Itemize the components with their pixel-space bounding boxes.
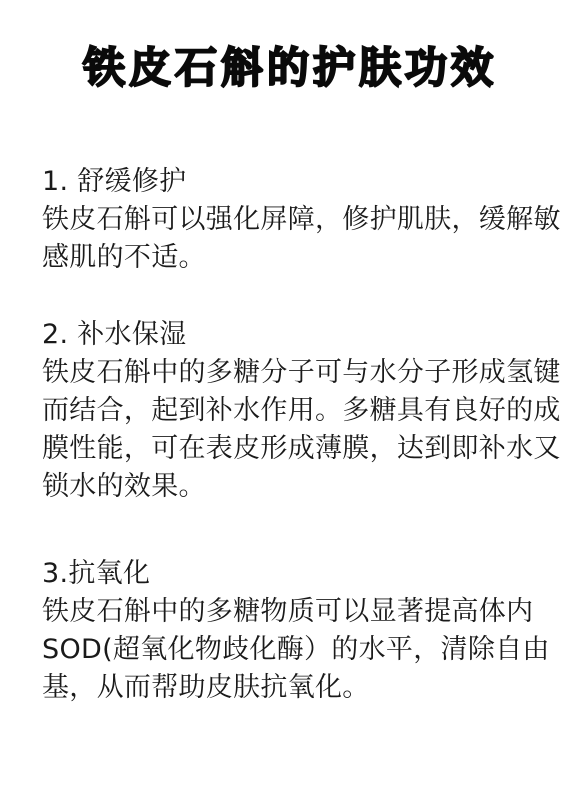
section-hydration: 2. 补水保湿 铁皮石斛中的多糖分子可与水分子形成氢键 而结合，起到补水作用。多…: [42, 316, 552, 506]
section-text-line: 铁皮石斛中的多糖分子可与水分子形成氢键: [42, 354, 552, 392]
section-text-line: 感肌的不适。: [42, 239, 552, 277]
page-title: 铁皮石斛的护肤功效: [0, 38, 580, 98]
section-text-line: 而结合，起到补水作用。多糖具有良好的成: [42, 392, 552, 430]
section-text-line: 基，从而帮助皮肤抗氧化。: [42, 669, 552, 707]
section-antioxidant: 3.抗氧化 铁皮石斛中的多糖物质可以显著提高体内 SOD(超氧化物歧化酶）的水平…: [42, 555, 552, 707]
section-heading: 2. 补水保湿: [42, 316, 552, 354]
section-heading: 1. 舒缓修护: [42, 163, 552, 201]
section-text-line: SOD(超氧化物歧化酶）的水平，清除自由: [42, 631, 552, 669]
section-text-line: 锁水的效果。: [42, 468, 552, 506]
section-text-line: 铁皮石斛可以强化屏障，修护肌肤，缓解敏: [42, 201, 552, 239]
section-text-line: 膜性能，可在表皮形成薄膜，达到即补水又: [42, 430, 552, 468]
section-soothing-repair: 1. 舒缓修护 铁皮石斛可以强化屏障，修护肌肤，缓解敏 感肌的不适。: [42, 163, 552, 277]
section-text-line: 铁皮石斛中的多糖物质可以显著提高体内: [42, 593, 552, 631]
section-heading: 3.抗氧化: [42, 555, 552, 593]
